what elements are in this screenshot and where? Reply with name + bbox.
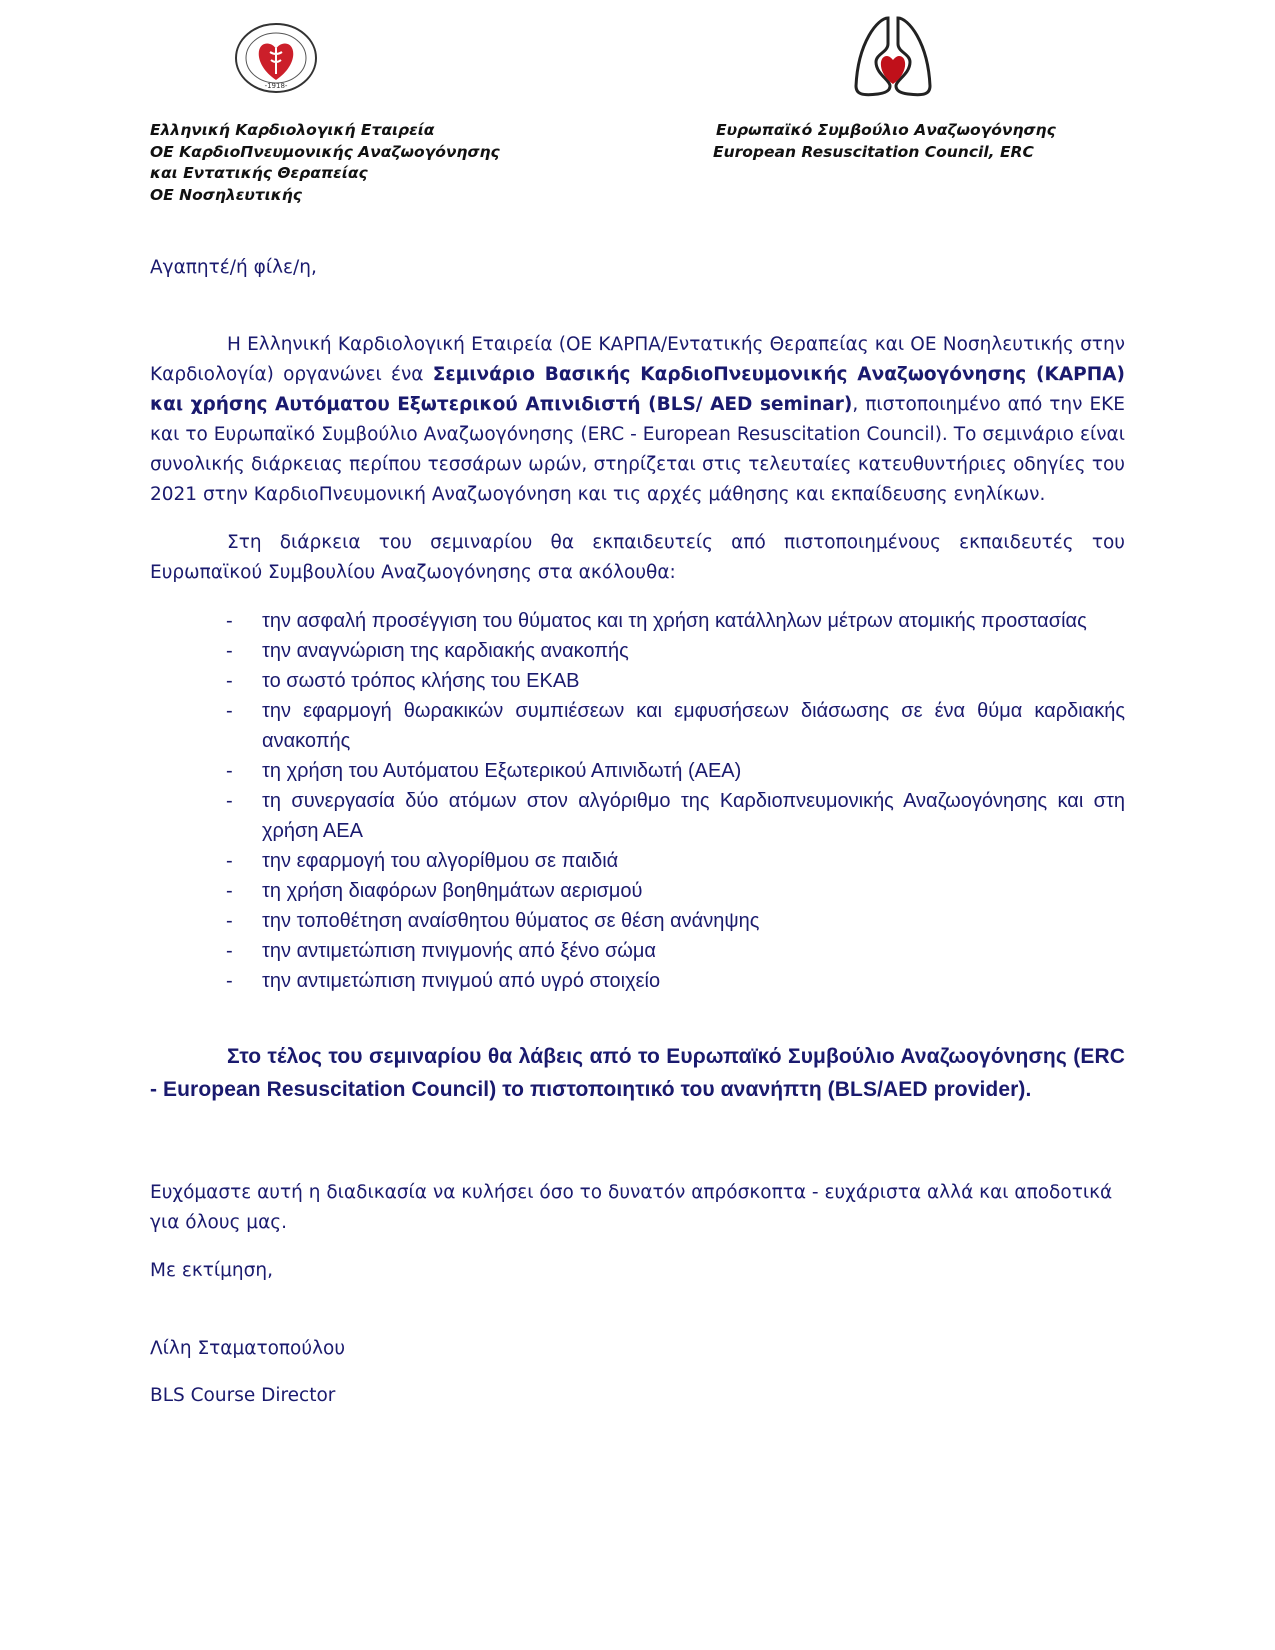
sender-line: Ελληνική Καρδιολογική Εταιρεία <box>150 120 500 142</box>
greeting: Αγαπητέ/ή φίλε/η, <box>150 253 1125 283</box>
sender-line: και Εντατικής Θεραπείας <box>150 163 500 185</box>
list-item: -την αντιμετώπιση πνιγμονής από ξένο σώμ… <box>150 936 1125 966</box>
list-item: -τη συνεργασία δύο ατόμων στον αλγόριθμο… <box>150 786 1125 846</box>
european-resuscitation-council-logo <box>848 14 938 102</box>
list-item: -την τοποθέτηση αναίσθητου θύματος σε θέ… <box>150 906 1125 936</box>
closing-wish: Ευχόμαστε αυτή η διαδικασία να κυλήσει ό… <box>150 1178 1125 1238</box>
list-item: -την αντιμετώπιση πνιγμού από υγρό στοιχ… <box>150 966 1125 996</box>
training-text: Στη διάρκεια του σεμιναρίου θα εκπαιδευτ… <box>150 532 1125 583</box>
partner-line: Ευρωπαϊκό Συμβούλιο Αναζωογόνησης <box>716 120 1056 142</box>
intro-paragraph: Η Ελληνική Καρδιολογική Εταιρεία (ΟΕ ΚΑΡ… <box>150 330 1125 510</box>
partner-line: European Resuscitation Council, ERC <box>713 142 1056 164</box>
partner-organization-block: Ευρωπαϊκό Συμβούλιο Αναζωογόνησης Europe… <box>716 120 1056 163</box>
signature-name: Λίλη Σταματοπούλου <box>150 1334 1125 1364</box>
svg-text:-1918-: -1918- <box>265 82 288 90</box>
list-item: -τη χρήση διαφόρων βοηθημάτων αερισμού <box>150 876 1125 906</box>
list-item: -την εφαρμογή θωρακικών συμπιέσεων και ε… <box>150 696 1125 756</box>
regards: Με εκτίμηση, <box>150 1256 1125 1286</box>
signature-role: BLS Course Director <box>150 1381 1125 1411</box>
sender-organization-block: Ελληνική Καρδιολογική Εταιρεία ΟΕ Καρδιο… <box>150 120 500 206</box>
list-item: -την αναγνώριση της καρδιακής ανακοπής <box>150 636 1125 666</box>
list-item: -την εφαρμογή του αλγορίθμου σε παιδιά <box>150 846 1125 876</box>
hellenic-cardiology-society-logo: -1918- <box>230 22 322 94</box>
training-topics-list: -την ασφαλή προσέγγιση του θύματος και τ… <box>150 606 1125 996</box>
sender-line: ΟΕ Νοσηλευτικής <box>150 185 500 207</box>
sender-line: ΟΕ ΚαρδιοΠνευμονικής Αναζωογόνησης <box>150 142 500 164</box>
certificate-notice: Στο τέλος του σεμιναρίου θα λάβεις από τ… <box>150 1040 1125 1106</box>
list-item: -το σωστό τρόπος κλήσης του ΕΚΑΒ <box>150 666 1125 696</box>
training-paragraph: Στη διάρκεια του σεμιναρίου θα εκπαιδευτ… <box>150 528 1125 588</box>
list-item: -τη χρήση του Αυτόματου Εξωτερικού Απινι… <box>150 756 1125 786</box>
list-item: -την ασφαλή προσέγγιση του θύματος και τ… <box>150 606 1125 636</box>
